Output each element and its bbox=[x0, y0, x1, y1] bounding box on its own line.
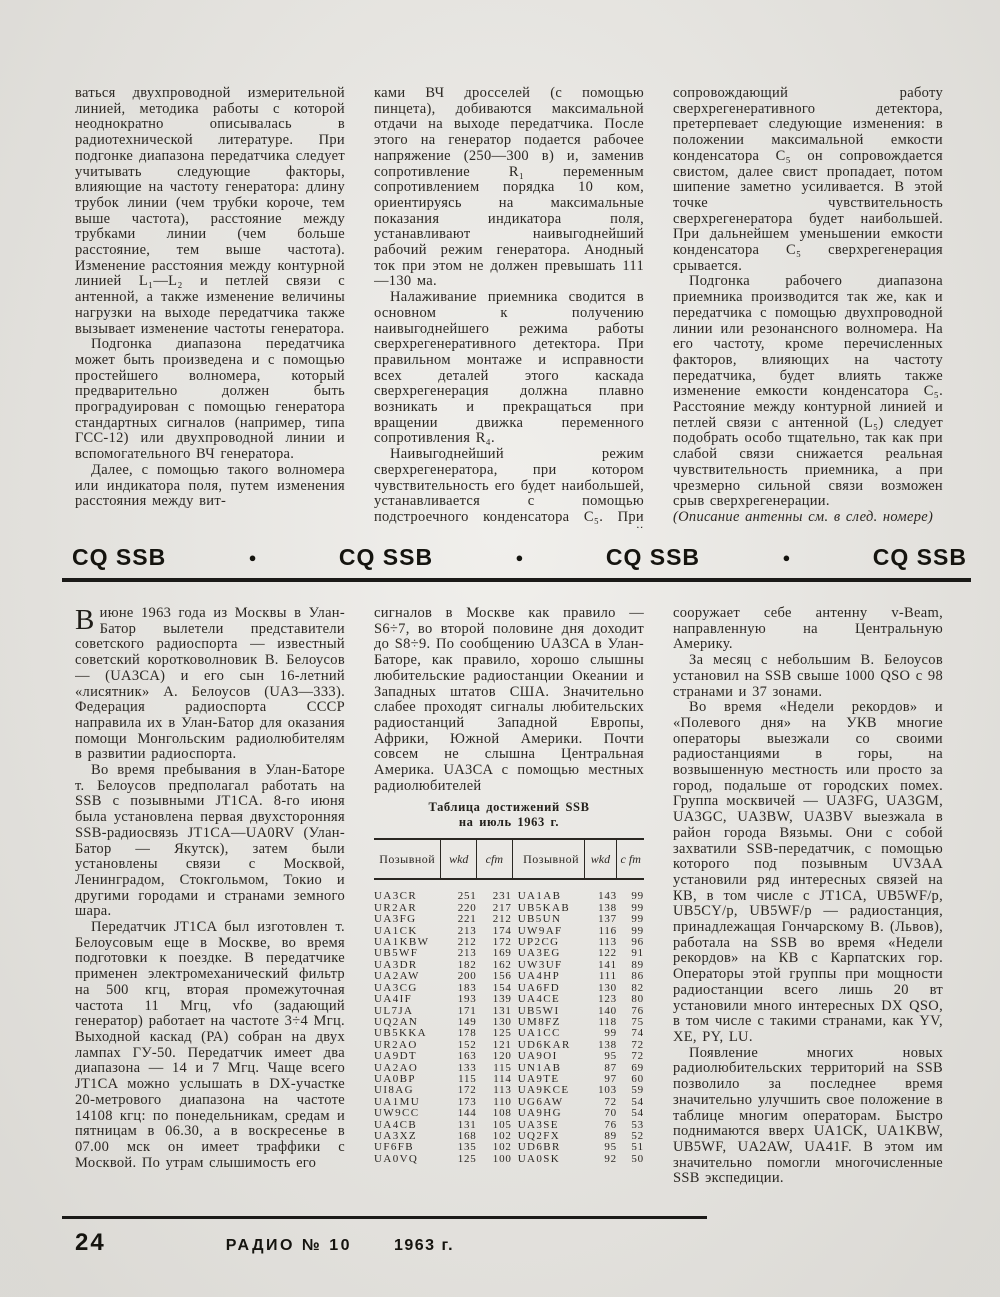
table-row: UA0VQ 125 100 UA0SK 92 50 bbox=[374, 1154, 644, 1165]
cfm-cell: 86 bbox=[617, 971, 644, 982]
paragraph: Налаживание приемника сводится в основно… bbox=[374, 290, 644, 447]
paragraph: сооружает себе антенну v-Beam, направлен… bbox=[673, 606, 943, 653]
paragraph: ваться двухпроводной измерительной линие… bbox=[75, 86, 345, 337]
callsign-cell: UA0VQ bbox=[374, 1154, 442, 1165]
wkd-cell: 92 bbox=[585, 1154, 617, 1165]
top-article-col-3: сопровождающий работу сверхрегенеративно… bbox=[673, 86, 943, 528]
callsign-cell: UA9DT bbox=[374, 1051, 442, 1062]
journal-title: РАДИО № 10 bbox=[226, 1237, 352, 1255]
top-article: ваться двухпроводной измерительной линие… bbox=[75, 86, 942, 528]
wkd-cell: 221 bbox=[442, 914, 477, 925]
ssb-achievements-table: Таблица достижений SSB на июль 1963 г. П… bbox=[374, 800, 644, 1165]
callsign-cell: UB5KKA bbox=[374, 1028, 442, 1039]
table-row: UA2AW 200 156 UA4HP 111 86 bbox=[374, 971, 644, 982]
paragraph: сопровождающий работу сверхрегенеративно… bbox=[673, 86, 943, 274]
callsign-cell: UA2AW bbox=[374, 971, 442, 982]
cfm-cell: 54 bbox=[617, 1108, 644, 1119]
cfm-cell: 50 bbox=[617, 1154, 644, 1165]
cfm-cell: 80 bbox=[617, 994, 644, 1005]
header-wkd: wkd bbox=[440, 840, 476, 878]
table-title-line-1: Таблица достижений SSB bbox=[374, 800, 644, 815]
paragraph: ками ВЧ дросселей (с помощью пинцета), д… bbox=[374, 86, 644, 290]
table-row: UA3FG 221 212 UB5UN 137 99 bbox=[374, 914, 644, 925]
paragraph: Появление многих новых радиолюбительских… bbox=[673, 1046, 943, 1187]
bottom-article-col-3: сооружает себе антенну v-Beam, направлен… bbox=[673, 606, 943, 1202]
header-wkd: wkd bbox=[584, 840, 617, 878]
cfm-cell: 108 bbox=[477, 1108, 512, 1119]
paragraph: За месяц с небольшим В. Белоусов установ… bbox=[673, 653, 943, 700]
footer-row: 24 РАДИО № 10 1963 г. bbox=[62, 1229, 707, 1257]
paragraph: Далее, с помощью такого волномера или ин… bbox=[75, 463, 345, 510]
callsign-cell: UA4IF bbox=[374, 994, 442, 1005]
cfm-cell: 139 bbox=[477, 994, 512, 1005]
cq-ssb-label: CQ SSB bbox=[339, 544, 433, 571]
bottom-article-col-2: сигналов в Москве как правило — S6÷7, во… bbox=[374, 606, 644, 1202]
cfm-cell: 125 bbox=[477, 1028, 512, 1039]
paragraph: Во время пребывания в Улан-Баторе т. Бел… bbox=[75, 763, 345, 920]
wkd-cell: 200 bbox=[442, 971, 477, 982]
paragraph: Передатчик JT1CA был изготовлен т. Белоу… bbox=[75, 920, 345, 1171]
cq-ssb-label: CQ SSB bbox=[873, 544, 967, 571]
lead-paragraph-text: июне 1963 года из Москвы в Улан-Батор вы… bbox=[75, 606, 345, 762]
wkd-cell: 193 bbox=[442, 994, 477, 1005]
journal-year: 1963 г. bbox=[394, 1237, 454, 1255]
cfm-cell: 120 bbox=[477, 1051, 512, 1062]
top-article-col-1: ваться двухпроводной измерительной линие… bbox=[75, 86, 345, 528]
wkd-cell: 111 bbox=[585, 971, 617, 982]
magazine-page: ваться двухпроводной измерительной линие… bbox=[0, 0, 1000, 1297]
callsign-cell: UW9CC bbox=[374, 1108, 442, 1119]
page-footer: 24 РАДИО № 10 1963 г. bbox=[62, 1216, 707, 1257]
table-row: UA4IF 193 139 UA4CE 123 80 bbox=[374, 994, 644, 1005]
bullet-icon: ● bbox=[249, 551, 257, 564]
wkd-cell: 99 bbox=[585, 1028, 617, 1039]
page-number: 24 bbox=[75, 1229, 106, 1257]
wkd-cell: 144 bbox=[442, 1108, 477, 1119]
wkd-cell: 95 bbox=[585, 1051, 617, 1062]
cfm-cell: 156 bbox=[477, 971, 512, 982]
header-cfm: cfm bbox=[476, 840, 512, 878]
callsign-cell: UA4HP bbox=[512, 971, 585, 982]
drop-cap: В bbox=[75, 606, 100, 633]
cq-ssb-banner: CQ SSB ● CQ SSB ● CQ SSB ● CQ SSB bbox=[62, 544, 971, 582]
bullet-icon: ● bbox=[516, 551, 524, 564]
table-header-row: Позывной wkd cfm Позывной wkd c fm bbox=[374, 838, 644, 880]
paragraph: Наивыгоднейший режим сверхрегенератора, … bbox=[374, 447, 644, 528]
wkd-cell: 125 bbox=[442, 1154, 477, 1165]
callsign-cell: UA1CC bbox=[512, 1028, 585, 1039]
cfm-cell: 74 bbox=[617, 1028, 644, 1039]
wkd-cell: 123 bbox=[585, 994, 617, 1005]
wkd-cell: 178 bbox=[442, 1028, 477, 1039]
header-cfm: c fm bbox=[616, 840, 644, 878]
footer-rule bbox=[62, 1216, 707, 1219]
top-article-col-2: ками ВЧ дросселей (с помощью пинцета), д… bbox=[374, 86, 644, 528]
table-row: UB5KKA 178 125 UA1CC 99 74 bbox=[374, 1028, 644, 1039]
callsign-cell: UB5UN bbox=[512, 914, 585, 925]
paragraph: Подгонка диапазона передатчика может быт… bbox=[75, 337, 345, 463]
table-title-line-2: на июль 1963 г. bbox=[374, 815, 644, 830]
wkd-cell: 70 bbox=[585, 1108, 617, 1119]
callsign-cell: UA9HG bbox=[512, 1108, 585, 1119]
paragraph: сигналов в Москве как правило — S6÷7, во… bbox=[374, 606, 644, 794]
lead-paragraph: Виюне 1963 года из Москвы в Улан-Батор в… bbox=[75, 606, 345, 763]
cq-ssb-label: CQ SSB bbox=[72, 544, 166, 571]
cfm-cell: 100 bbox=[477, 1154, 512, 1165]
callsign-cell: UA0SK bbox=[512, 1154, 585, 1165]
cq-ssb-label: CQ SSB bbox=[606, 544, 700, 571]
article-note: (Описание антенны см. в след. номере) bbox=[673, 510, 943, 526]
bottom-article: Виюне 1963 года из Москвы в Улан-Батор в… bbox=[75, 606, 942, 1202]
cfm-cell: 212 bbox=[477, 914, 512, 925]
wkd-cell: 137 bbox=[585, 914, 617, 925]
callsign-cell: UA3FG bbox=[374, 914, 442, 925]
paragraph: Во время «Недели рекордов» и «Полевого д… bbox=[673, 700, 943, 1045]
callsign-cell: UA4CE bbox=[512, 994, 585, 1005]
table-row: UA9DT 163 120 UA9OI 95 72 bbox=[374, 1051, 644, 1062]
table-row: UW9CC 144 108 UA9HG 70 54 bbox=[374, 1108, 644, 1119]
header-callsign: Позывной bbox=[512, 840, 584, 878]
wkd-cell: 163 bbox=[442, 1051, 477, 1062]
table-body: UA3CR 251 231 UA1AB 143 99 UR2AR 220 217… bbox=[374, 891, 644, 1165]
callsign-cell: UA9OI bbox=[512, 1051, 585, 1062]
cfm-cell: 72 bbox=[617, 1051, 644, 1062]
bottom-article-col-1: Виюне 1963 года из Москвы в Улан-Батор в… bbox=[75, 606, 345, 1202]
bullet-icon: ● bbox=[782, 551, 790, 564]
header-callsign: Позывной bbox=[374, 840, 440, 878]
paragraph: Подгонка рабочего диапазона приемника пр… bbox=[673, 274, 943, 510]
cfm-cell: 99 bbox=[617, 914, 644, 925]
